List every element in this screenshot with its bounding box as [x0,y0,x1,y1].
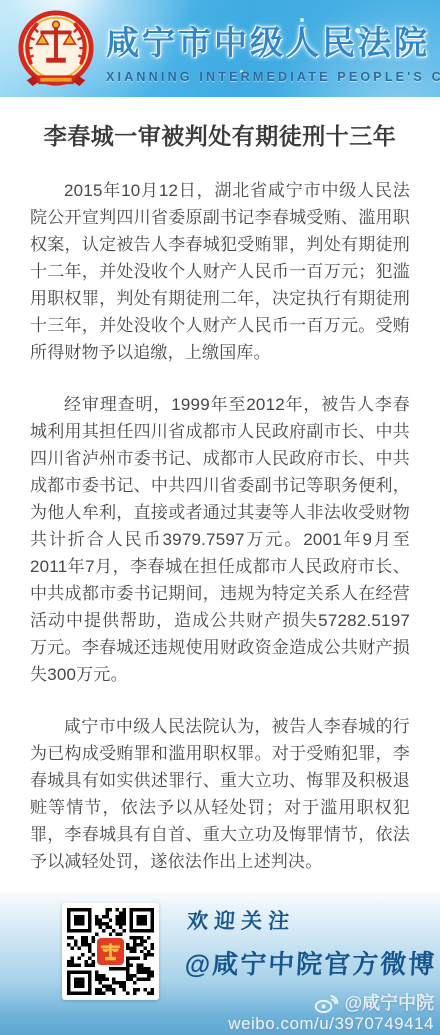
court-name-english: XIANNING INTERMEDIATE PEOPLE'S COURT [106,70,436,84]
follow-us-text: 欢迎关注 @咸宁中院官方微博 [184,905,439,981]
header-banner: 咸宁市中级人民法院 XIANNING INTERMEDIATE PEOPLE'S… [0,0,440,97]
weibo-watermark: @咸宁中院 weibo.com/u/3970749414 [228,992,434,1033]
article-paragraph: 经审理查明，1999年至2012年，被告人李春城利用其担任四川省成都市人民政府副… [30,391,410,688]
weibo-announcement-image: 咸宁市中级人民法院 XIANNING INTERMEDIATE PEOPLE'S… [0,0,440,1035]
article-paragraphs: 2015年10月12日，湖北省咸宁市中级人民法院公开宣判四川省委原副书记李春城受… [30,177,410,893]
qr-center-court-emblem-icon [95,936,126,967]
weibo-account-name: @咸宁中院官方微博 [184,944,437,981]
court-emblem-icon [17,9,95,91]
qr-code [62,903,159,1000]
follow-line1: 欢迎关注 [186,905,439,935]
article-paragraph: 咸宁市中级人民法院认为，被告人李春城的行为已构成受贿罪和滥用职权罪。对于受贿犯罪… [30,713,410,875]
watermark-url: weibo.com/u/3970749414 [228,1014,434,1033]
watermark-account: @咸宁中院 [344,994,434,1013]
court-name-chinese: 咸宁市中级人民法院 [106,17,436,64]
article-title: 李春城一审被判处有期徒刑十三年 [30,118,410,151]
weibo-logo-icon [314,992,340,1014]
footer-banner: 欢迎关注 @咸宁中院官方微博 @咸宁中院 weibo.com/u/3970749… [0,893,440,1035]
article-paragraph: 2015年10月12日，湖北省咸宁市中级人民法院公开宣判四川省委原副书记李春城受… [30,177,410,366]
article-body: 李春城一审被判处有期徒刑十三年 2015年10月12日，湖北省咸宁市中级人民法院… [0,97,440,893]
